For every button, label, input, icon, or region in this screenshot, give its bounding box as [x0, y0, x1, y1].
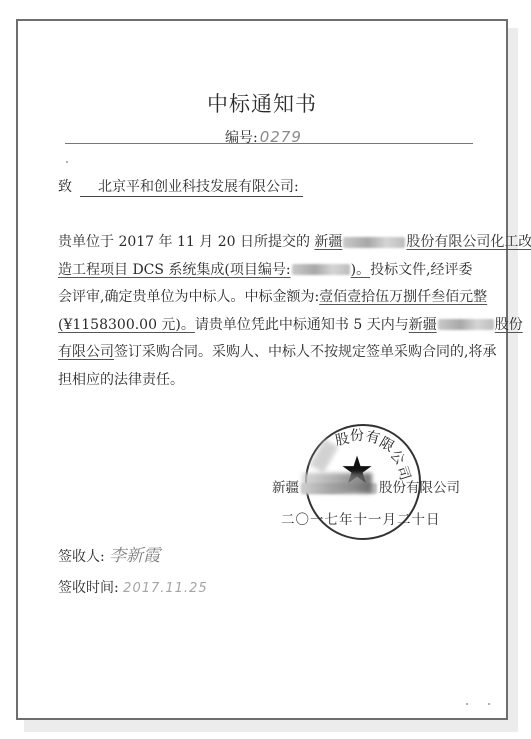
handwritten-signature: 李新霞 [109, 546, 160, 566]
body-text: 签订采购合同。采购人、中标人不按规定签单采购合同的,将承 [114, 344, 496, 360]
scan-speck [488, 703, 490, 705]
receipt-time-label: 签收时间: [58, 580, 119, 596]
underlined-text: 新疆 [314, 234, 342, 250]
underlined-text: 新疆 [409, 317, 437, 333]
body-line: 担相应的法律责任。 [58, 367, 478, 395]
body-line: 有限公司签订采购合同。采购人、中标人不按规定签单采购合同的,将承 [58, 339, 478, 367]
issuer-suffix: 股份有限公司 [379, 480, 460, 496]
body-line: 会评审,确定贵单位为中标人。中标金额为:壹佰壹拾伍万捌仟叁佰元整 [58, 284, 478, 312]
redacted-text [292, 264, 350, 275]
recipient-prefix: 致 [58, 179, 72, 195]
body-line: 造工程项目 DCS 系统集成(项目编号:)。投标文件,经评委 [58, 257, 478, 285]
body-text: 担相应的法律责任。 [58, 372, 184, 388]
handwritten-receipt-date: 2017.11.25 [123, 581, 207, 596]
issue-date: 二〇一七年十一月二十日 [281, 508, 441, 528]
underlined-text: 股份 [495, 317, 523, 333]
seal-arc-text-2: 份 [350, 425, 365, 445]
underlined-text: 造工程项目 DCS 系统集成(项目编号: [58, 262, 291, 278]
signer-row: 签收人: 李新霞 [58, 541, 160, 566]
seal-smudge [302, 473, 372, 493]
body-line: (¥1158300.00 元)。请贵单位凭此中标通知书 5 天内与新疆股份 [58, 312, 478, 340]
document-page: 中标通知书 编号:0279 致北京平和创业科技发展有限公司: 贵单位于 2017… [16, 19, 508, 720]
scan-speck [466, 703, 468, 705]
recipient-name: 北京平和创业科技发展有限公司: [80, 179, 303, 197]
redacted-text [343, 237, 405, 248]
underlined-text: (¥1158300.00 元)。 [58, 317, 195, 333]
underlined-text: )。 [351, 262, 370, 278]
serial-number: 编号:0279 [225, 127, 302, 147]
underlined-text: 股份有限公司化工改 [406, 234, 531, 250]
body-text: 投标文件,经评委 [370, 262, 472, 278]
underlined-text: 壹佰壹拾伍万捌仟叁佰元整 [319, 289, 487, 305]
body-text: 请贵单位凭此中标通知书 5 天内与 [195, 317, 409, 333]
title-divider [65, 143, 473, 144]
document-title: 中标通知书 [18, 88, 506, 118]
scan-speck [66, 161, 68, 163]
signer-label: 签收人: [58, 549, 105, 565]
underlined-text: 有限公司 [58, 344, 114, 360]
receipt-time-row: 签收时间: 2017.11.25 [58, 577, 208, 597]
body-text: 会评审,确定贵单位为中标人。中标金额为: [58, 289, 319, 305]
body-text: 贵单位于 2017 年 11 月 20 日所提交的 [58, 234, 314, 250]
issuer-prefix: 新疆 [272, 480, 299, 496]
notice-body: 贵单位于 2017 年 11 月 20 日所提交的 新疆股份有限公司化工改造工程… [58, 229, 478, 394]
body-line: 贵单位于 2017 年 11 月 20 日所提交的 新疆股份有限公司化工改 [58, 229, 478, 257]
redacted-text [438, 319, 494, 330]
recipient-line: 致北京平和创业科技发展有限公司: [58, 176, 303, 196]
